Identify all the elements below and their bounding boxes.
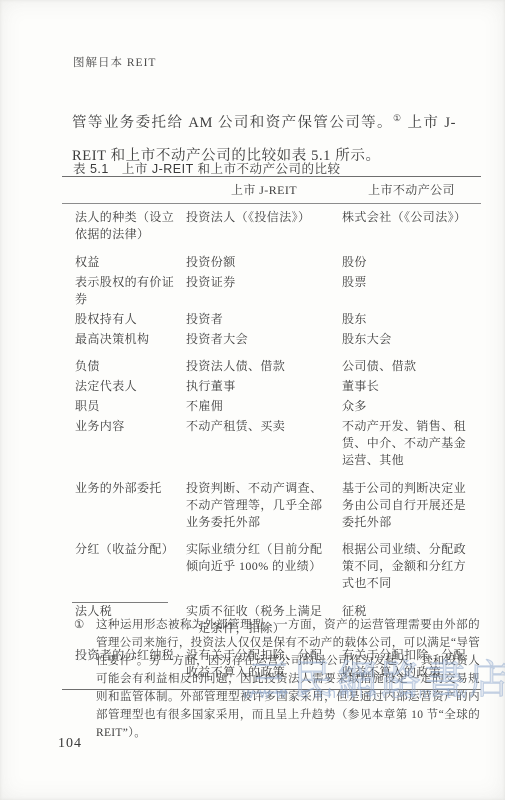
cell-jreit: 不雇佣 (186, 397, 342, 417)
table-row: 分红（收益分配） 实际业绩分红（目前分配倾向近乎 100% 的业绩） 根据公司业… (62, 532, 481, 594)
cell-jreit: 执行董事 (186, 377, 342, 397)
cell-company: 基于公司的判断决定业务由公司自行开展还是委托外部 (342, 471, 481, 533)
cell-company: 不动产开发、销售、租赁、中介、不动产基金运营、其他 (342, 417, 481, 471)
table-header-row: 上市 J-REIT 上市不动产公司 (62, 177, 481, 204)
footnote-separator (72, 602, 168, 603)
table-row: 表示股权的有价证券 投资证券 股票 (62, 272, 481, 309)
cell-company: 众多 (342, 397, 481, 417)
table-row: 职员 不雇佣 众多 (62, 397, 481, 417)
footnote-text: 这种运用形态被称为外部管理型。一方面，资产的运营管理需要由外部的管理公司来施行，… (96, 616, 480, 742)
row-label: 法定代表人 (62, 377, 186, 397)
cell-jreit: 实际业绩分红（目前分配倾向近乎 100% 的业绩） (186, 532, 342, 594)
row-label: 法人的种类（设立依据的法律） (62, 204, 186, 245)
row-label: 分红（收益分配） (62, 532, 186, 594)
cell-company: 股东 (342, 309, 481, 329)
cell-company: 董事长 (342, 377, 481, 397)
cell-company: 股东大会 (342, 329, 481, 349)
row-label: 负债 (62, 349, 186, 377)
col-header-company: 上市不动产公司 (342, 177, 481, 204)
cell-jreit: 投资者大会 (186, 329, 342, 349)
footnote: ① 这种运用形态被称为外部管理型。一方面，资产的运营管理需要由外部的管理公司来施… (74, 616, 480, 742)
row-label: 职员 (62, 397, 186, 417)
row-label: 最高决策机构 (62, 329, 186, 349)
table-row: 权益 投资份额 股份 (62, 245, 481, 273)
col-header-empty (62, 177, 186, 204)
row-label: 表示股权的有价证券 (62, 272, 186, 309)
cell-jreit: 不动产租赁、买卖 (186, 417, 342, 471)
cell-jreit: 投资判断、不动产调查、不动产管理等，几乎全部业务委托外部 (186, 471, 342, 533)
cell-jreit: 投资法人债、借款 (186, 349, 342, 377)
table-row: 股权持有人 投资者 股东 (62, 309, 481, 329)
row-label: 业务内容 (62, 417, 186, 471)
table-row: 法人的种类（设立依据的法律） 投资法人（《投信法》） 株式会社（《公司法》） (62, 204, 481, 245)
table-row: 负债 投资法人债、借款 公司债、借款 (62, 349, 481, 377)
table-row: 业务内容 不动产租赁、买卖 不动产开发、销售、租赁、中介、不动产基金运营、其他 (62, 417, 481, 471)
col-header-jreit: 上市 J-REIT (186, 177, 342, 204)
body-text-1: 管等业务委托给 AM 公司和资产保管公司等。 (72, 115, 393, 131)
page-number: 104 (58, 736, 82, 752)
table-row: 业务的外部委托 投资判断、不动产调查、不动产管理等，几乎全部业务委托外部 基于公… (62, 471, 481, 533)
comparison-table: 上市 J-REIT 上市不动产公司 法人的种类（设立依据的法律） 投资法人（《投… (62, 176, 481, 690)
cell-company: 根据公司业绩、分配政策不同，金额和分红方式也不同 (342, 532, 481, 594)
row-label: 权益 (62, 245, 186, 273)
cell-company: 股票 (342, 272, 481, 309)
cell-jreit: 投资法人（《投信法》） (186, 204, 342, 245)
running-head: 图解日本 REIT (73, 54, 156, 70)
table-caption: 表 5.1 上市 J-REIT 和上市不动产公司的比较 (73, 159, 340, 177)
cell-jreit: 投资者 (186, 309, 342, 329)
cell-jreit: 投资份额 (186, 245, 342, 273)
scanned-book-page: 图解日本 REIT 管等业务委托给 AM 公司和资产保管公司等。① 上市 J-R… (0, 0, 505, 800)
cell-jreit: 投资证券 (186, 272, 342, 309)
cell-company: 公司债、借款 (342, 349, 481, 377)
cell-company: 株式会社（《公司法》） (342, 204, 481, 245)
row-label: 股权持有人 (62, 309, 186, 329)
cell-company: 股份 (342, 245, 481, 273)
table-row: 法定代表人 执行董事 董事长 (62, 377, 481, 397)
table-row: 最高决策机构 投资者大会 股东大会 (62, 329, 481, 349)
row-label: 业务的外部委托 (62, 471, 186, 533)
footnote-marker: ① (74, 616, 96, 742)
